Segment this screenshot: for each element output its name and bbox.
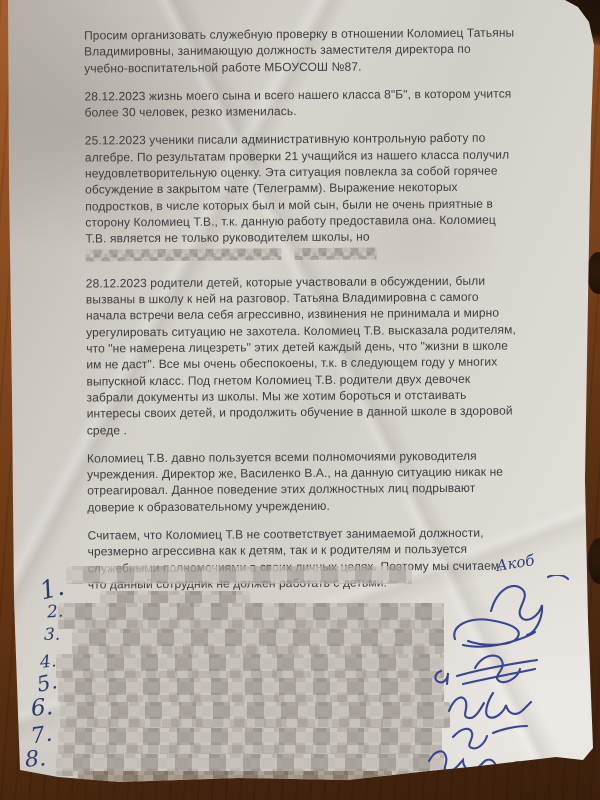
redacted-name-row (72, 629, 444, 654)
redacted-text-block (295, 247, 377, 260)
redacted-name-row (56, 654, 444, 678)
document-paper: Просим организовать служебную проверку в… (0, 0, 600, 800)
paragraph-director: Коломиец Т.В. давно пользуется всеми пол… (87, 447, 519, 515)
signature-stroke (491, 586, 542, 635)
signature-stroke (435, 671, 448, 684)
list-number-8: 8. (24, 746, 47, 772)
photo-of-document: Просим организовать служебную проверку в… (0, 0, 600, 800)
redacted-name-row (58, 728, 442, 754)
signature-stroke (548, 575, 568, 579)
list-number-1: 1. (37, 572, 67, 606)
signature-stroke (454, 619, 518, 644)
paragraph-meeting: 28.12.2023 родители детей, которые участ… (86, 272, 519, 438)
paragraph-request: Просим организовать служебную проверку в… (84, 24, 516, 76)
redacted-name-row (58, 603, 444, 629)
signature-stroke (493, 726, 527, 733)
letter-body: Просим организовать служебную проверку в… (84, 24, 520, 604)
signature-stroke (463, 632, 535, 647)
signature-stroke (453, 729, 487, 749)
list-number-2: 2. (46, 601, 64, 622)
list-number-3: 3. (44, 625, 60, 645)
paragraph-test-incident: 25.12.2023 ученики писали административн… (85, 130, 518, 263)
signature-stroke (486, 693, 531, 718)
paragraph-incident-intro: 28.12.2023 жизнь моего сына и всего наше… (84, 85, 516, 121)
list-number-6: 6. (30, 694, 54, 722)
redacted-text-block (86, 248, 282, 261)
redacted-name-row (58, 678, 444, 702)
signature-stroke (449, 697, 484, 718)
list-number-7: 7. (29, 722, 54, 750)
signature-stroke (457, 660, 537, 676)
redacted-name-row (66, 566, 412, 584)
redacted-name-row (60, 702, 450, 728)
